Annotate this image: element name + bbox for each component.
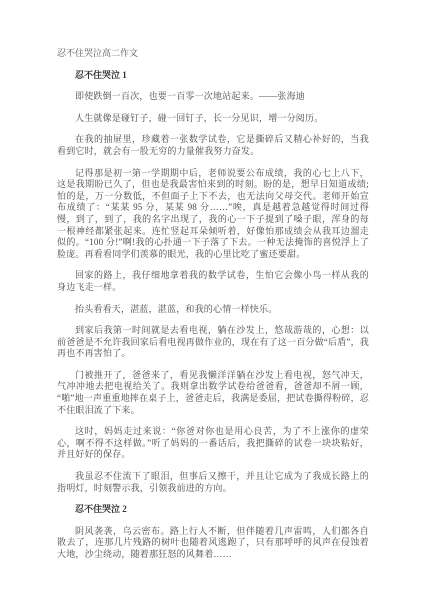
essay-paragraph: 我虽忍不住流下了眼泪，但事后又擦干，并且让它成为了我成长路上的指明灯，时刻警示我… xyxy=(57,471,369,494)
essay-paragraph: 抬头看看天，湛蓝，湛蓝，和我的心情一样快乐。 xyxy=(57,304,369,316)
document-page: 忍不住哭泣高二作文 忍不住哭泣 1即使跌倒一百次，也要一百零一次地站起来。——张… xyxy=(0,0,424,600)
essay-paragraph: 回家的路上，我仔细地拿着我的数学试卷，生怕它会像小鸟一样从我的身边飞走一样。 xyxy=(57,270,369,293)
essay-paragraph: 门被推开了，爸爸来了，看见我懒洋洋躺在沙发上看电视，怒气冲天，气冲冲地去把电视给… xyxy=(57,370,369,416)
essay-body: 忍不住哭泣 1即使跌倒一百次，也要一百零一次地站起来。——张海迪人生就像是碰钉子… xyxy=(57,70,369,561)
essay-paragraph: 阴风袭袭，乌云密布。路上行人不断，但伴随着几声雷鸣，人们都各自散去了，连那几片残… xyxy=(57,526,369,561)
essay-paragraph: 人生就像是碰钉子，碰一回钉子，长一分见识，增一分阅历。 xyxy=(57,113,369,125)
section-heading: 忍不住哭泣 2 xyxy=(57,504,369,516)
essay-paragraph: 即使跌倒一百次，也要一百零一次地站起来。——张海迪 xyxy=(57,91,369,103)
essay-paragraph: 在我的抽屉里，珍藏着一张数学试卷，它是撕碎后又精心补好的，当我看到它时，就会有一… xyxy=(57,134,369,157)
essay-paragraph: 到家后我第一时间就是去看电视，躺在沙发上，悠哉游哉的，心想：以前爸爸是不允许我回… xyxy=(57,325,369,360)
essay-paragraph: 记得那是初一第一学期期中后，老师说要公布成绩，我的心七上八下，这是我期盼已久了，… xyxy=(57,168,369,261)
document-title: 忍不住哭泣高二作文 xyxy=(57,48,369,60)
section-heading: 忍不住哭泣 1 xyxy=(57,70,369,82)
essay-paragraph: 这时，妈妈走过来说：“你爸对你也是用心良苦，为了不上涨你的虚荣心，啊不得不这样做… xyxy=(57,426,369,461)
